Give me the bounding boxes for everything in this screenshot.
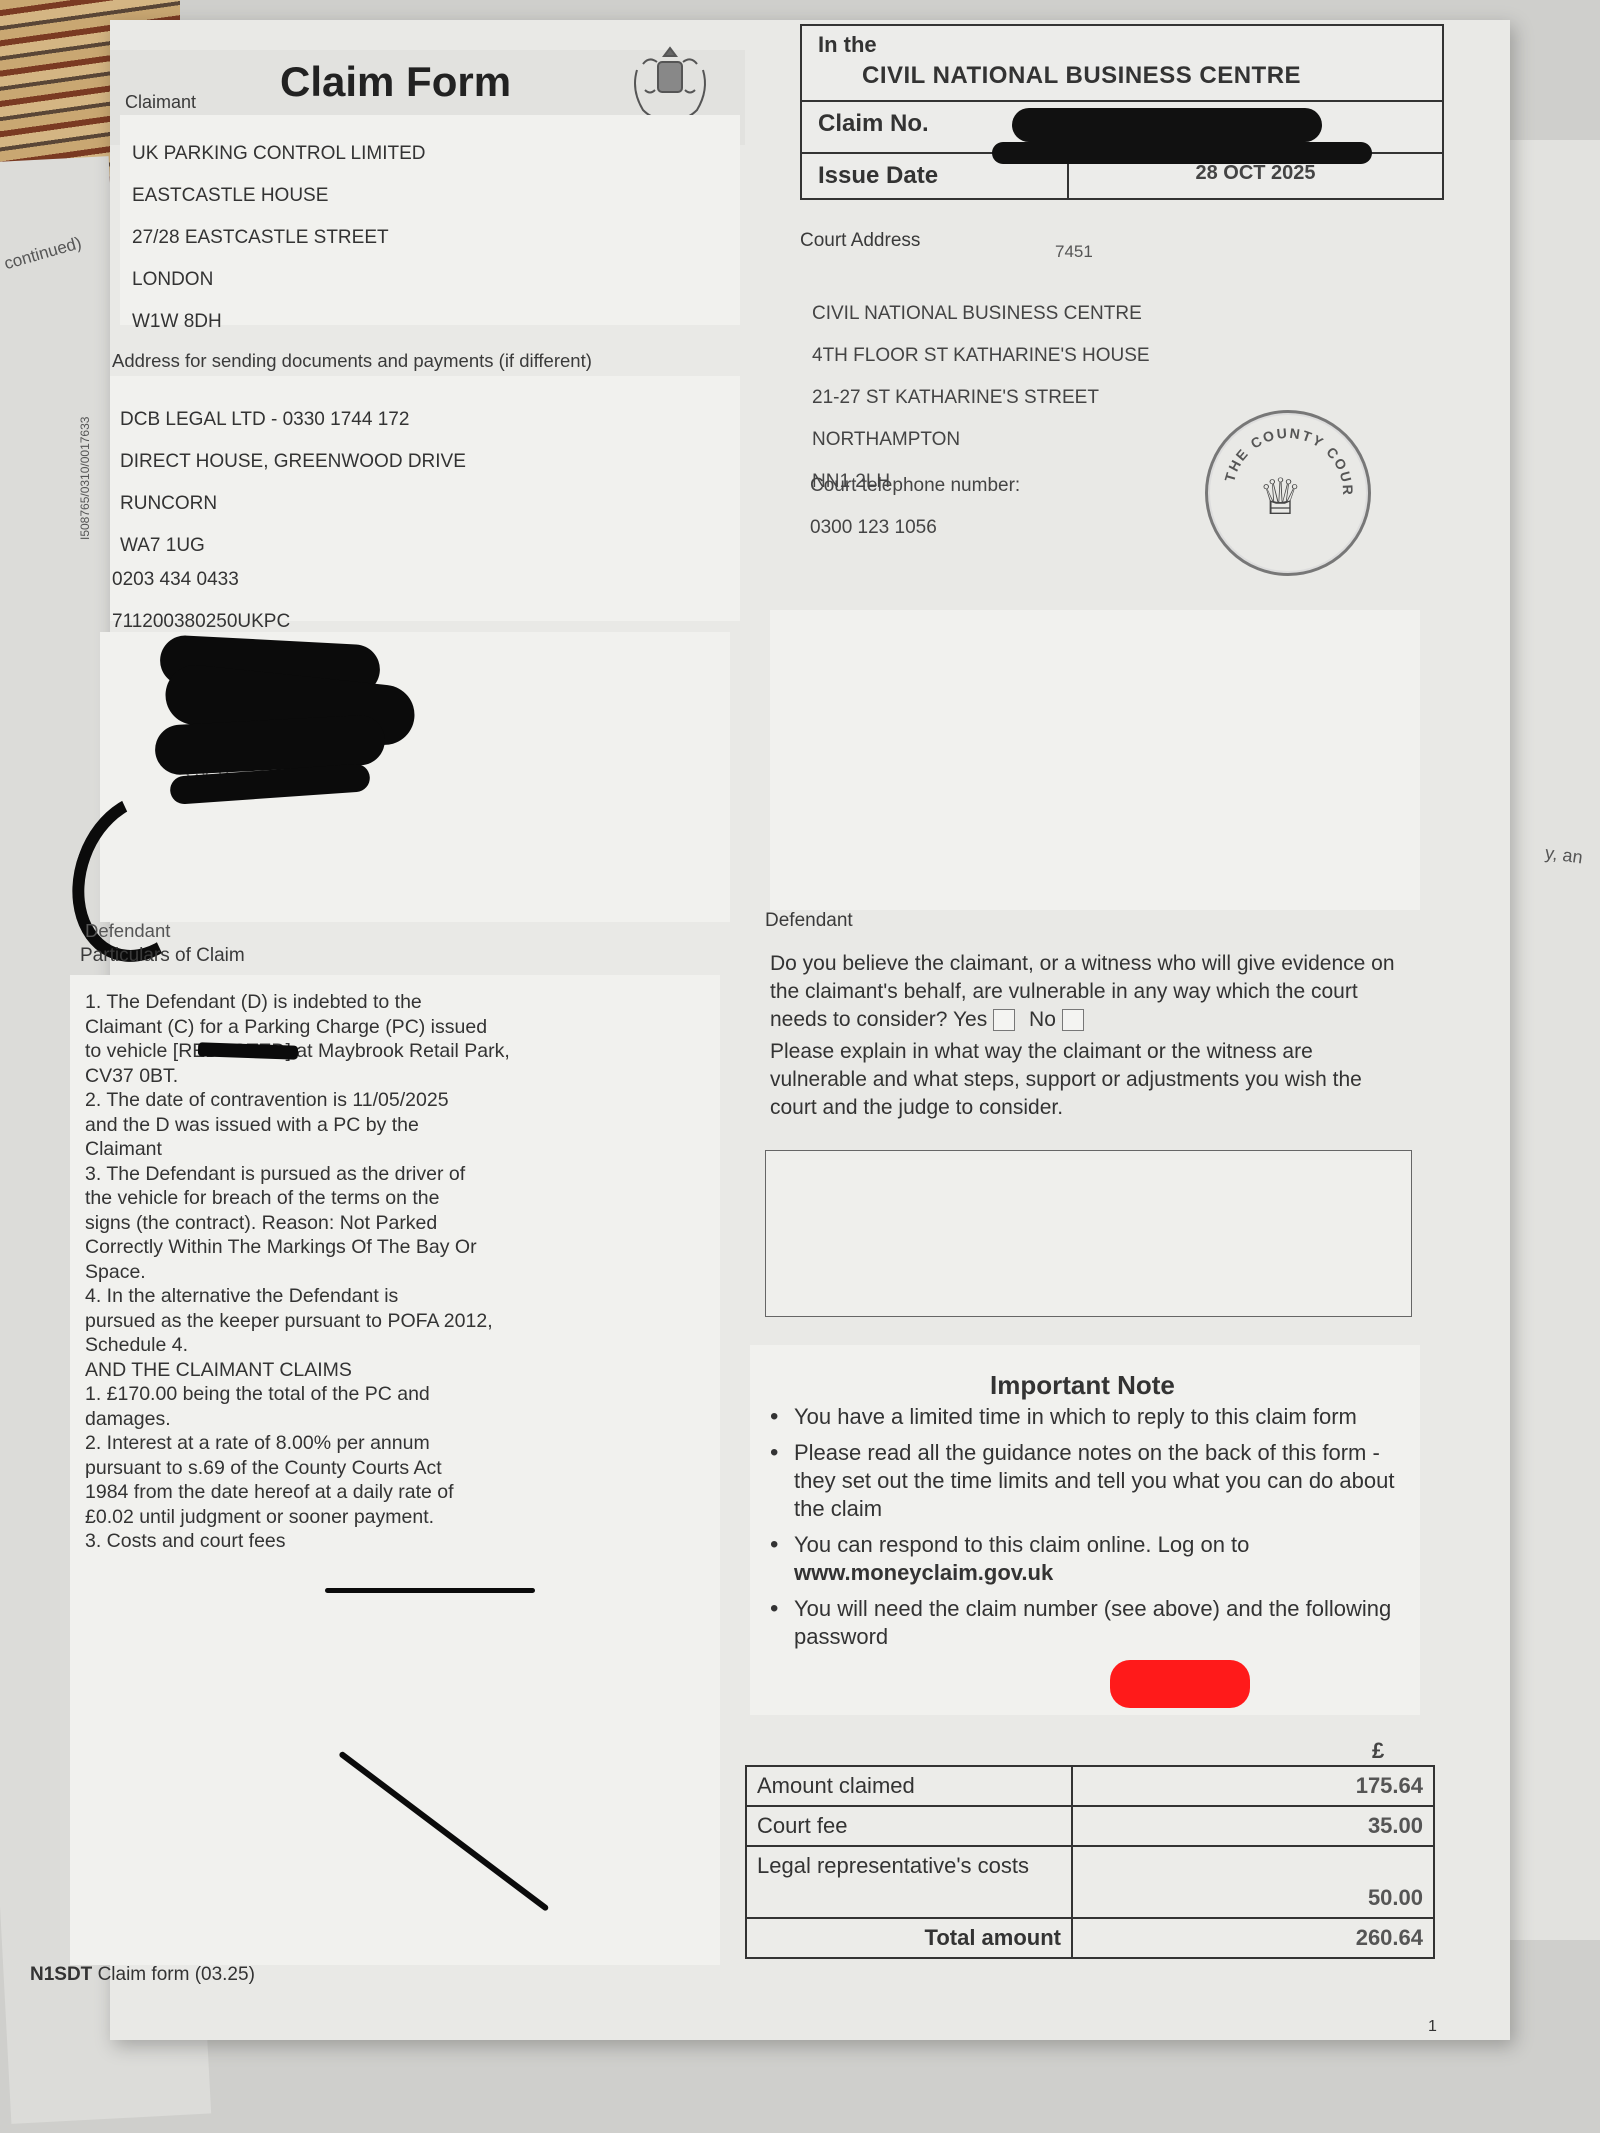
particulars-text: 1. The Defendant (D) is indebted to the … [85,990,510,1554]
court-telephone-label: Court telephone number: [810,475,1020,496]
moneyclaim-link[interactable]: www.moneyclaim.gov.uk [794,1560,1053,1585]
claim-no-redaction [1012,108,1322,142]
note-item: You can respond to this claim online. Lo… [770,1531,1410,1587]
vulnerability-explanation-field[interactable] [765,1150,1412,1317]
court-telephone-number: 0300 123 1056 [810,517,1020,538]
defendant-label-right: Defendant [765,910,853,932]
page-number: 1 [1428,2018,1437,2036]
county-court-seal: THE COUNTY COURT ♕ [1205,410,1371,576]
form-name: Claim form (03.25) [98,1964,255,1985]
amount-claimed-value: 175.64 [1072,1766,1434,1806]
claim-no-redaction [992,142,1372,164]
important-note-list: You have a limited time in which to repl… [770,1403,1410,1659]
amounts-table: Amount claimed 175.64 Court fee 35.00 Le… [745,1765,1435,1959]
crown-icon: ♕ [1258,468,1303,526]
in-the-label: In the [802,26,1442,58]
table-row: Amount claimed 175.64 [746,1766,1434,1806]
important-note-title: Important Note [990,1370,1175,1401]
claimant-address: UK PARKING CONTROL LIMITED EASTCASTLE HO… [132,122,425,353]
note-item: You have a limited time in which to repl… [770,1403,1410,1431]
yes-label: Yes [953,1008,987,1031]
legal-costs-value: 50.00 [1072,1846,1434,1918]
service-reference: 711200380250UKPC [112,611,290,632]
note-item: You will need the claim number (see abov… [770,1595,1410,1651]
court-fee-value: 35.00 [1072,1806,1434,1846]
password-redaction [1110,1660,1250,1708]
pen-underline [325,1588,535,1593]
claimant-label: Claimant [125,92,196,113]
court-name: CIVIL NATIONAL BUSINESS CENTRE [802,58,1442,100]
form-footer: N1SDT Claim form (03.25) [30,1964,255,1986]
table-row: Court fee 35.00 [746,1806,1434,1846]
total-amount-value: 260.64 [1072,1918,1434,1958]
vulnerability-question: Do you believe the claimant, or a witnes… [770,950,1410,1122]
table-row: Legal representative's costs 50.00 [746,1846,1434,1918]
service-phone: 0203 434 0433 [112,569,290,590]
total-amount-label: Total amount [746,1918,1072,1958]
defendant-right-panel [770,610,1420,910]
claim-form-page: Claim Form Claimant UK PARKING CONTROL L… [110,20,1510,2040]
defendant-label-left: Defendant [85,920,170,942]
explain-prompt: Please explain in what way the claimant … [770,1038,1410,1122]
service-address-label: Address for sending documents and paymen… [112,350,592,372]
particulars-label: Particulars of Claim [80,945,245,967]
court-details-box: In the CIVIL NATIONAL BUSINESS CENTRE Cl… [800,24,1444,200]
form-code: N1SDT [30,1964,92,1985]
currency-symbol: £ [1372,1738,1384,1764]
court-address-label: Court Address [800,230,920,252]
note-item: Please read all the guidance notes on th… [770,1439,1410,1523]
court-code: 7451 [1055,242,1093,262]
table-row: Total amount 260.64 [746,1918,1434,1958]
court-telephone: Court telephone number: 0300 123 1056 [810,454,1020,559]
yes-checkbox[interactable] [993,1009,1015,1031]
form-title: Claim Form [280,58,511,106]
no-checkbox[interactable] [1062,1009,1084,1031]
side-reference-code: I508765/0310/0017633 [78,417,92,540]
no-label: No [1029,1008,1056,1031]
